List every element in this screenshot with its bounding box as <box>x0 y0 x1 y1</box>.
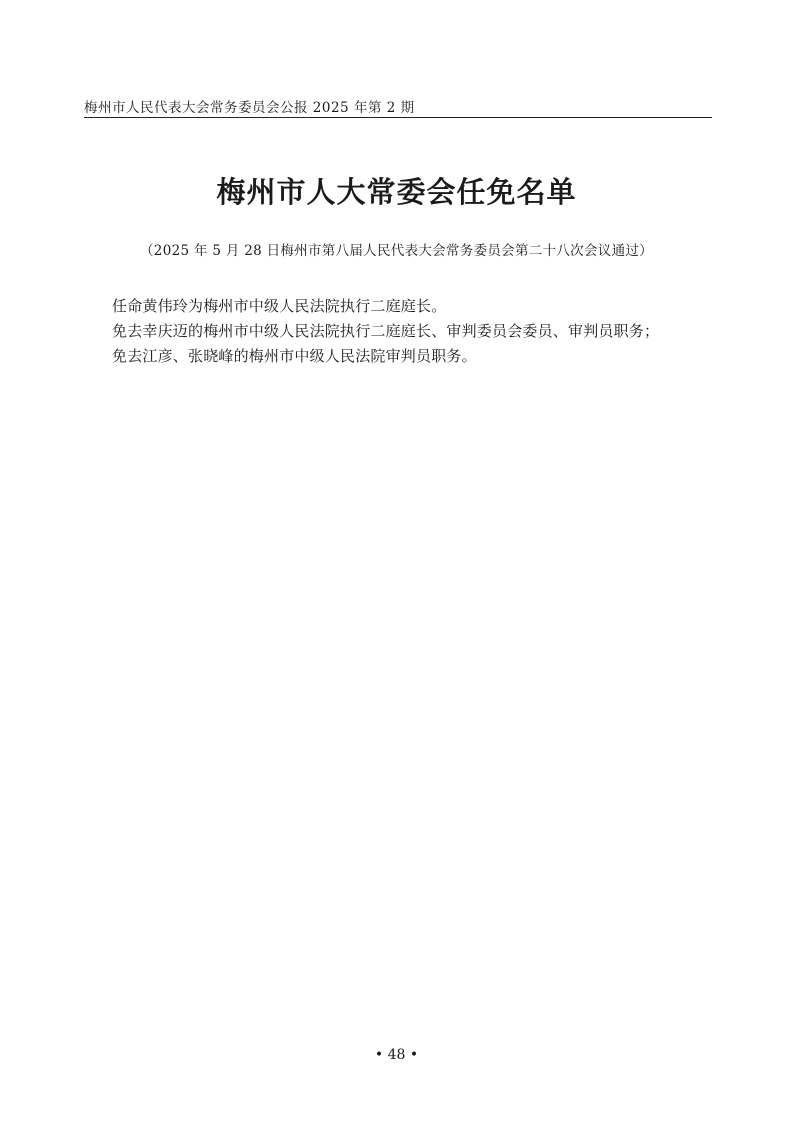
document-title: 梅州市人大常委会任免名单 <box>0 172 793 212</box>
page-number: • 48 • <box>0 1045 793 1065</box>
appointment-paragraph: 任命黄伟玲为梅州市中级人民法院执行二庭庭长。 <box>112 294 712 319</box>
running-header: 梅州市人民代表大会常务委员会公报 2025 年第 2 期 <box>84 97 712 119</box>
document-body: 任命黄伟玲为梅州市中级人民法院执行二庭庭长。 免去幸庆迈的梅州市中级人民法院执行… <box>112 294 712 369</box>
document-subtitle: （2025 年 5 月 28 日梅州市第八届人民代表大会常务委员会第二十八次会议… <box>0 240 793 262</box>
removal-paragraph: 免去幸庆迈的梅州市中级人民法院执行二庭庭长、审判委员会委员、审判员职务； <box>112 319 712 344</box>
header-divider <box>84 117 712 118</box>
removal-paragraph: 免去江彦、张晓峰的梅州市中级人民法院审判员职务。 <box>112 344 712 369</box>
